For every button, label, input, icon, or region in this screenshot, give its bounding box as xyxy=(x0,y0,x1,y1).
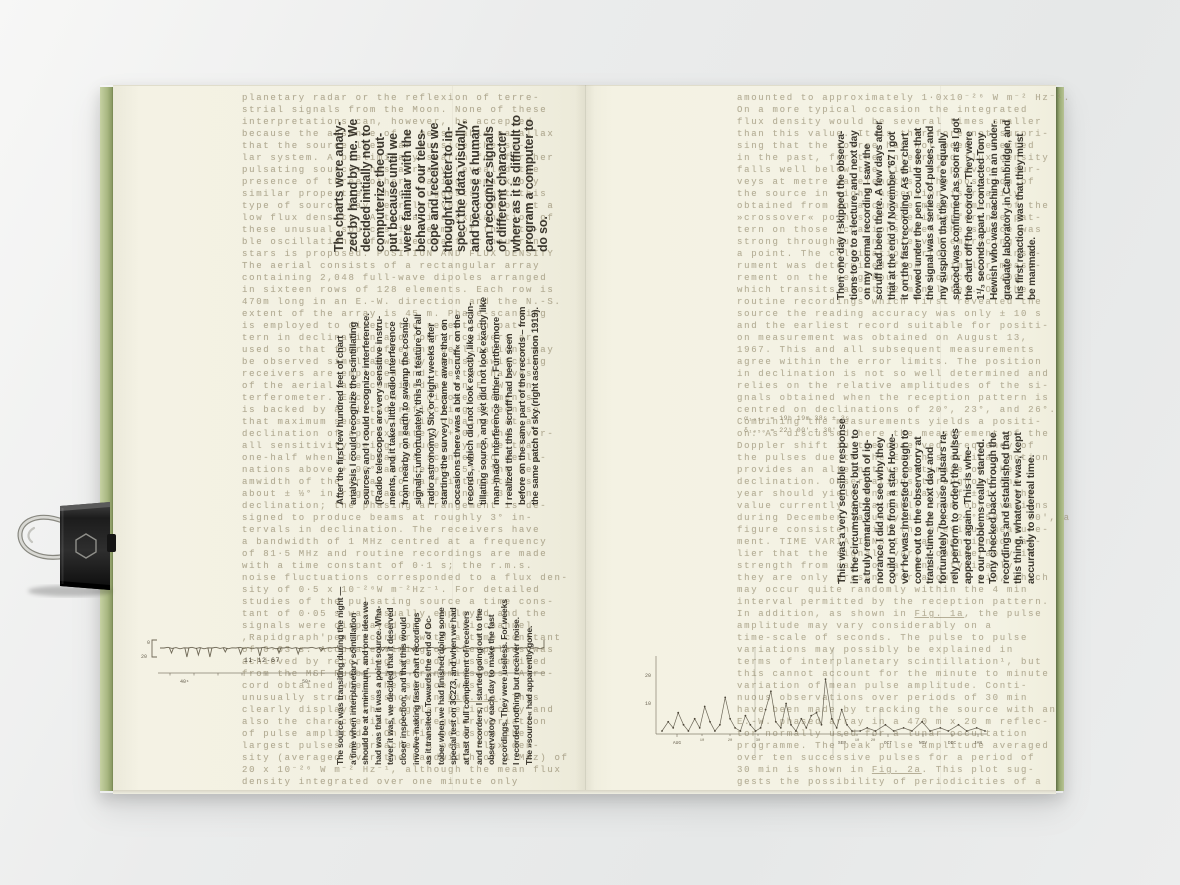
svg-text:SEP: SEP xyxy=(838,740,847,746)
book-gutter-line xyxy=(585,85,586,791)
text-line: observatory each day to make the fast xyxy=(485,565,498,765)
text-line: can recognize signals xyxy=(483,87,497,252)
text-line: program a computer to xyxy=(523,87,537,252)
text-line: re our problems really started. xyxy=(975,398,988,584)
text-line: tions to go to a lecture, and next day xyxy=(849,95,862,300)
text-line: 20 x 10⁻²⁶ W m⁻² Hz⁻¹, although the mean… xyxy=(242,764,569,776)
text-line: on measurement was obtained on August 13… xyxy=(737,332,1071,344)
book-cover-edge-left xyxy=(100,87,113,791)
fig2-svg: 2010AUGSEPOCTNOVDECJAN1020301020 xyxy=(642,648,994,762)
text-line: a bandwidth of 1 MHz centred at a freque… xyxy=(242,536,569,548)
text-line: before on the same part of the records –… xyxy=(516,258,529,505)
svg-text:JAN: JAN xyxy=(974,740,983,746)
text-line: and because a human xyxy=(469,87,483,252)
open-book: planetary radar or the reflexion of terr… xyxy=(100,85,1063,793)
text-line: be manmade. xyxy=(1027,95,1040,300)
text-line: radio astronomy.) Six or eight weeks aft… xyxy=(425,258,438,505)
text-line: sources, and I could recognize interfere… xyxy=(360,258,373,505)
position-formula-lines: α₁₉₅₀ = 19h 19m 38s ± 3sδ₁₉₅₀ = 22° 00' … xyxy=(744,413,850,437)
text-line: a truly remarkable depth of ig- xyxy=(861,398,874,584)
text-line: of different character xyxy=(496,87,510,252)
text-line: I realized that this scruff had been see… xyxy=(503,258,516,505)
clip-jaw-tab xyxy=(107,534,116,552)
text-line: from nearby on earth to swamp the cosmic xyxy=(399,258,412,505)
overlay-typewritten-block-5: This was a very sensible responsein the … xyxy=(836,398,1038,584)
text-line: at last our full complement of receivers xyxy=(460,565,473,765)
text-line: signed to produce beams at roughly 3° in… xyxy=(242,512,569,524)
text-line: come out to the observatory at xyxy=(912,398,925,584)
text-line: and recorders, I started going out to th… xyxy=(473,565,486,765)
text-line: norance I did not see why they xyxy=(874,398,887,584)
text-line: Tony checked back through the xyxy=(987,398,1000,584)
svg-text:0: 0 xyxy=(147,640,150,646)
clip-body xyxy=(60,502,116,590)
text-line: ver he was interested enough to xyxy=(899,398,912,584)
svg-text:NOV: NOV xyxy=(919,740,928,746)
text-line: of 81·5 MHz and routine recordings are m… xyxy=(242,548,569,560)
overlay-typewritten-block-4: Then one day I skipped the observa-tions… xyxy=(836,95,1040,300)
text-line: a time when interplanetary scintillation xyxy=(347,565,360,765)
text-line: tober when we had finished doing some xyxy=(435,565,448,765)
text-line: graduate laboratory in Cambridge, and xyxy=(1002,95,1015,300)
svg-text:30: 30 xyxy=(756,739,761,743)
text-line: 30 min is shown in Fig. 2a. This plot su… xyxy=(737,764,1071,776)
svg-text:20: 20 xyxy=(141,654,147,660)
page-left: planetary radar or the reflexion of terr… xyxy=(113,85,585,791)
text-line: scruff had been there. A few days after xyxy=(874,95,887,300)
text-line: as it transited. Towards the end of Oc- xyxy=(422,565,435,765)
text-line: where as it is difficult to xyxy=(510,87,524,252)
text-line: special test on 3C273, and when we had xyxy=(447,565,460,765)
text-line: records, which did not look exactly like… xyxy=(464,258,477,505)
text-line: recordings and established that xyxy=(1000,398,1013,584)
text-line: time-scale of seconds. The pulse to puls… xyxy=(737,632,1071,644)
svg-text:20: 20 xyxy=(645,673,651,679)
text-line: ments, and it takes little radio interfe… xyxy=(386,258,399,505)
text-line: After the first few hundred feet of char… xyxy=(334,258,347,505)
text-line: closer inspection, and that this would xyxy=(397,565,410,765)
text-line: tillating source, and yet did not look e… xyxy=(477,258,490,505)
text-line: accurately to sidereal time. xyxy=(1025,398,1038,584)
text-line: transit-time the next day and xyxy=(924,398,937,584)
svg-text:OCT: OCT xyxy=(884,740,893,746)
text-line: this thing, whatever it was, kept xyxy=(1012,398,1025,584)
page-right: amounted to approximately 1·0x10⁻²⁶ W m⁻… xyxy=(585,85,1056,793)
text-line: computerize the out- xyxy=(374,87,388,252)
text-line: rely perform to order) the pulses xyxy=(949,398,962,584)
text-line: source the reading accuracy was only ± 1… xyxy=(737,308,1071,320)
svg-text:10: 10 xyxy=(855,739,860,743)
text-line: occasions there was a bit of »scruff« on… xyxy=(451,258,464,505)
svg-text:40ˢ: 40ˢ xyxy=(180,679,189,685)
text-line: could not be from a star. Howe- xyxy=(886,398,899,584)
text-line: zed by hand by me. We xyxy=(347,87,361,252)
text-line: α₁₉₅₀ = 19h 19m 38s ± 3s xyxy=(744,413,850,425)
text-line: cope and receivers we xyxy=(428,87,442,252)
text-line: it on the fast recording. As the chart xyxy=(900,95,913,300)
text-line: tever it was, we decided that it deserve… xyxy=(384,565,397,765)
text-line: fortunately (because pulsars ra- xyxy=(937,398,950,584)
text-line: flowed under the pen I could see that xyxy=(913,95,926,300)
photo-backdrop: planetary radar or the reflexion of terr… xyxy=(0,0,1180,885)
text-line: tervals in declination. The receivers ha… xyxy=(242,524,569,536)
text-line: appeared again. This is whe- xyxy=(962,398,975,584)
svg-text:DEC: DEC xyxy=(948,740,957,746)
text-line: This was a very sensible response xyxy=(836,398,849,584)
text-line: δ₁₉₅₀ = 22° 00' ± 30' xyxy=(744,425,850,437)
clip-wire-handle xyxy=(20,517,66,557)
text-line: The charts were analy- xyxy=(333,87,347,252)
text-line: signals; unfortunately, this is a featur… xyxy=(412,258,425,505)
text-line: my suspicion that they were equally xyxy=(938,95,951,300)
text-line: Then one day I skipped the observa- xyxy=(836,95,849,300)
text-line: in the circumstances, but due to xyxy=(849,398,862,584)
text-line: relies on the relative amplitudes of the… xyxy=(737,380,1071,392)
svg-text:20: 20 xyxy=(871,739,876,743)
svg-text:50ˢ: 50ˢ xyxy=(302,679,311,685)
text-line: involve making faster chart recordings xyxy=(410,565,423,765)
svg-text:10: 10 xyxy=(700,739,705,743)
text-line: analysis I could recognize the scintilla… xyxy=(347,258,360,505)
text-line: spect the data visually, xyxy=(455,87,469,252)
text-line: may occur quite randomly within the 4 mi… xyxy=(737,584,1071,596)
text-line: Hewish who was teaching in an under- xyxy=(989,95,1002,300)
text-line: 1967. This and all subsequent measuremen… xyxy=(737,344,1071,356)
text-line: man-made interference either. Furthermor… xyxy=(490,258,503,505)
text-line: I recorded nothing but receiver noise. xyxy=(510,565,523,765)
text-line: were familiar with the xyxy=(401,87,415,252)
text-line: In addition, as shown in Fig. 1a, the pu… xyxy=(737,608,1071,620)
overlay-typewritten-block-3: The source was transiting during the nig… xyxy=(334,565,536,765)
text-line: his first reaction was that they must xyxy=(1015,95,1028,300)
text-line: amplitude may vary considerably on a xyxy=(737,620,1071,632)
text-line: behavior of our teles- xyxy=(415,87,429,252)
text-line: interval permitted by the reception patt… xyxy=(737,596,1071,608)
text-line: and the earliest record suitable for pos… xyxy=(737,320,1071,332)
text-line: on my normal recording I saw the xyxy=(862,95,875,300)
text-line: the same patch of sky (right ascension 1… xyxy=(529,258,542,505)
text-line: The »source« had apparently gone. xyxy=(523,565,536,765)
text-line: the chart off the recorder. They were xyxy=(964,95,977,300)
text-line: that at the end of November '67 I got xyxy=(887,95,900,300)
svg-text:AUG: AUG xyxy=(673,740,682,746)
text-line: should be at a minimum, and one idea we xyxy=(359,565,372,765)
text-line: recordings. They were useless. For weeks xyxy=(498,565,511,765)
text-line: the signal was a series of pulses, and xyxy=(925,95,938,300)
svg-text:20: 20 xyxy=(728,739,733,743)
overlay-typewritten-block-1: The charts were analy-zed by hand by me.… xyxy=(333,87,551,252)
page-stack-bottom-edge xyxy=(113,790,1056,794)
text-line: The source was transiting during the nig… xyxy=(334,565,347,765)
binder-clip xyxy=(8,496,118,600)
overlay-typewritten-block-2: After the first few hundred feet of char… xyxy=(334,258,542,505)
text-line: decided initially not to xyxy=(360,87,374,252)
text-line: starting the survey I became aware that … xyxy=(438,258,451,505)
text-line: had was that it was a point source. Wha- xyxy=(372,565,385,765)
text-line: thought it better to in- xyxy=(442,87,456,252)
text-line: gests the possibility of periodicities o… xyxy=(737,776,1071,788)
text-line: agree within the error limits. The posit… xyxy=(737,356,1071,368)
text-line: do so. xyxy=(537,87,551,252)
svg-text:10: 10 xyxy=(645,701,651,707)
text-line: put because until we xyxy=(387,87,401,252)
text-line: density integrated over one minute only xyxy=(242,776,569,788)
text-line: 1¹/₃ seconds apart. I contacted Tony xyxy=(976,95,989,300)
svg-text:11-12-67: 11-12-67 xyxy=(244,657,280,664)
text-line: (Radio telescopes are very sensitive ins… xyxy=(373,258,386,505)
text-line: spaced was confirmed as soon as I got xyxy=(951,95,964,300)
text-line: in declination is not so well determined… xyxy=(737,368,1071,380)
figure-2a-amplitude-plot: 2010AUGSEPOCTNOVDECJAN1020301020 xyxy=(642,648,994,762)
